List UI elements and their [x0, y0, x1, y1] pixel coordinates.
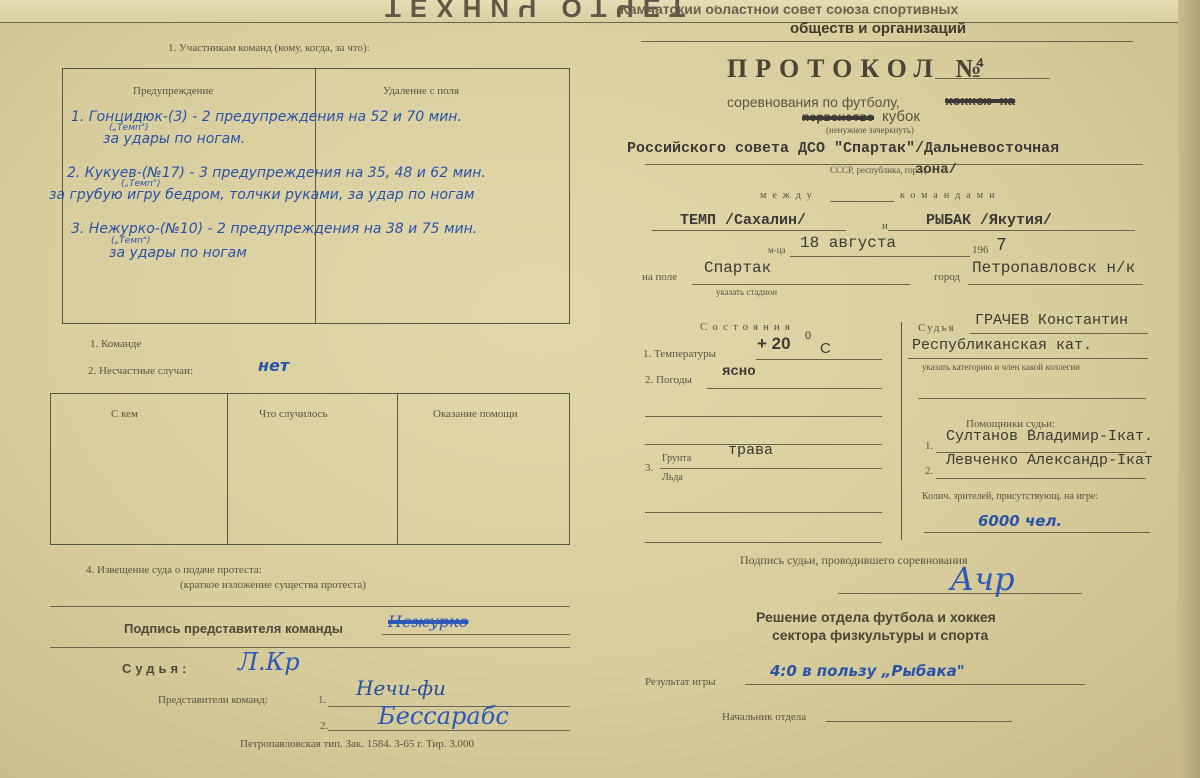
result-line [745, 684, 1085, 685]
temperature-degree: 0 [805, 330, 811, 342]
assistant-2-name[interactable]: Левченко Александр-Iкат [946, 452, 1153, 469]
rep-signature: Нежурко [388, 612, 468, 631]
temperature-label: 1. Температуры [643, 348, 716, 360]
rep-sign-label: Подпись представителя команды [124, 621, 343, 636]
decision-title-2: сектора физкультуры и спорта [772, 627, 988, 643]
referee-category[interactable]: Республиканская кат. [912, 337, 1092, 354]
penalty-entry-1-reason[interactable]: за удары по ногам. [103, 131, 245, 147]
col-warning: Предупреждение [133, 85, 213, 97]
team-label: 1. Команде [90, 338, 141, 350]
chief-referee-signature: Ачр [950, 560, 1015, 598]
city-value[interactable]: Петропавловск н/к [972, 259, 1135, 277]
ground-line [660, 468, 882, 469]
rep-2-num: 2. [320, 720, 328, 732]
field-label: на поле [642, 271, 677, 283]
divider [50, 647, 570, 648]
ground-label: Грунта [662, 453, 691, 464]
referee-sign-label: Судья: [122, 661, 190, 676]
protest-hint: (краткое изложение существа протеста) [180, 579, 366, 591]
rep-2-signature: Бессарабс [378, 702, 509, 730]
referee-signature-label: Подпись судьи, проводившего соревнования [740, 553, 967, 568]
referee-signature: Л.Кр [238, 648, 300, 676]
ground-line-2 [645, 512, 882, 513]
competition-line-1: соревнования по футболу, [727, 94, 900, 110]
accidents-label: 2. Несчастные случаи: [88, 365, 193, 377]
assistant-2-line [936, 478, 1146, 479]
reps-label: Представители команд: [158, 694, 268, 706]
field-value[interactable]: Спартак [704, 259, 771, 277]
document-page: ТЕХНИЧ ОТЧЕТ Камчатский областной совет … [0, 0, 1200, 778]
cell-help[interactable] [397, 394, 569, 544]
assistant-2-num: 2. [925, 465, 933, 477]
protocol-title: ПРОТОКОЛ № [727, 54, 990, 84]
and-label: и [882, 220, 888, 232]
assistant-1-num: 1. [925, 440, 933, 452]
conditions-divider [901, 322, 902, 540]
accidents-value[interactable]: нет [258, 356, 289, 375]
weather-label: 2. Погоды [645, 374, 692, 386]
referee-name-line [970, 333, 1148, 334]
referee-name[interactable]: ГРАЧЕВ Константин [975, 312, 1128, 329]
referee-category-hint: указать категорию и член какой коллегии [922, 362, 1080, 372]
organizer[interactable]: Российского совета ДСО "Спартак"/Дальнев… [627, 140, 1059, 157]
decision-title-1: Решение отдела футбола и хоккея [756, 609, 996, 625]
penalty-entry-3[interactable]: 3. Нежурко-(№10) - 2 предупреждения на 3… [71, 221, 477, 237]
protocol-number: 4 [976, 56, 984, 71]
protest-label: 4. Извещение суда о подаче протеста: [86, 564, 262, 576]
between-line [830, 201, 894, 202]
rep-sign-line[interactable] [382, 634, 570, 635]
team-2[interactable]: РЫБАК /Якутия/ [926, 212, 1052, 229]
ground-line-3 [645, 542, 882, 543]
temperature-line [756, 359, 882, 360]
teams-label: командами [900, 190, 1000, 201]
protest-line[interactable] [50, 606, 570, 607]
rep-2-line[interactable] [328, 730, 570, 731]
temperature-value[interactable]: + 20 [757, 334, 791, 354]
year-digit: 7 [996, 236, 1007, 256]
date-line [790, 256, 970, 257]
top-paper-edge: ТЕХНИЧ ОТЧЕТ Камчатский областной совет … [0, 0, 1180, 23]
match-date[interactable]: 18 августа [800, 234, 896, 252]
ground-value[interactable]: трава [728, 442, 773, 459]
city-label: город [934, 271, 960, 283]
rep-1-signature: Нечи-фи [356, 676, 446, 700]
field-hint: указать стадион [716, 287, 777, 297]
weather-value[interactable]: ясно [722, 364, 756, 380]
penalty-entry-2-reason[interactable]: за грубую игру бедром, толчки руками, за… [49, 187, 475, 203]
conditions-title: Состояния [700, 321, 795, 333]
head-line[interactable] [826, 721, 1012, 722]
weather-line-2 [645, 416, 882, 417]
team-1[interactable]: ТЕМП /Сахалин/ [680, 212, 806, 229]
competition-type: кубок [882, 108, 920, 125]
right-paper-edge [1178, 0, 1200, 778]
cell-what[interactable] [227, 394, 397, 544]
team-2-line [888, 230, 1135, 231]
cell-who[interactable] [51, 394, 227, 544]
org-underline [641, 41, 1133, 42]
ice-label: Льда [662, 472, 683, 483]
competition-hint: (ненужное зачеркнуть) [826, 125, 914, 135]
competition-struck-2: первенство [802, 111, 874, 125]
result-label: Результат игры [645, 676, 716, 688]
team-1-line [652, 230, 846, 231]
spectators-label: Колич. зрителей, присутствующ. на игре: [922, 491, 1098, 502]
penalty-entry-3-reason[interactable]: за удары по ногам [109, 245, 247, 261]
penalties-table: Предупреждение Удаление с поля 1. Гонцид… [62, 68, 570, 324]
year-prefix: 196 [972, 244, 989, 256]
assistant-1-name[interactable]: Султанов Владимир-Iкат. [946, 428, 1153, 445]
org-line-2: обществ и организаций [790, 20, 966, 37]
result-value[interactable]: 4:0 в пользу „Рыбака" [770, 662, 965, 680]
spectators-line [924, 532, 1150, 533]
ground-num: 3. [645, 462, 653, 474]
protocol-number-line[interactable] [935, 78, 1050, 79]
head-label: Начальник отдела [722, 711, 806, 723]
date-prefix: м-ца [768, 245, 786, 255]
printer-imprint: Петропавловская тип. Зак. 1584. 3-65 г. … [240, 738, 474, 750]
spectators-value[interactable]: 6000 чел. [978, 512, 1062, 530]
weather-line [707, 388, 882, 389]
between-label: между [760, 190, 818, 201]
organizer-hint: СССР, республика, город [830, 165, 926, 175]
accidents-table: С кем Что случилось Оказание помощи [50, 393, 570, 545]
competition-struck-1: хоккею на [945, 94, 1015, 109]
referee-label: Судья [918, 322, 956, 334]
temperature-scale: С [820, 340, 831, 357]
col-ejection: Удаление с поля [383, 85, 459, 97]
penalties-section-label: 1. Участникам команд (кому, когда, за чт… [168, 42, 370, 54]
referee-extra-line [918, 398, 1146, 399]
city-line [968, 284, 1143, 285]
rep-1-num: 1. [318, 694, 326, 706]
referee-category-line [908, 358, 1148, 359]
field-line [692, 284, 910, 285]
organizer-cont: зона/ [915, 162, 957, 178]
